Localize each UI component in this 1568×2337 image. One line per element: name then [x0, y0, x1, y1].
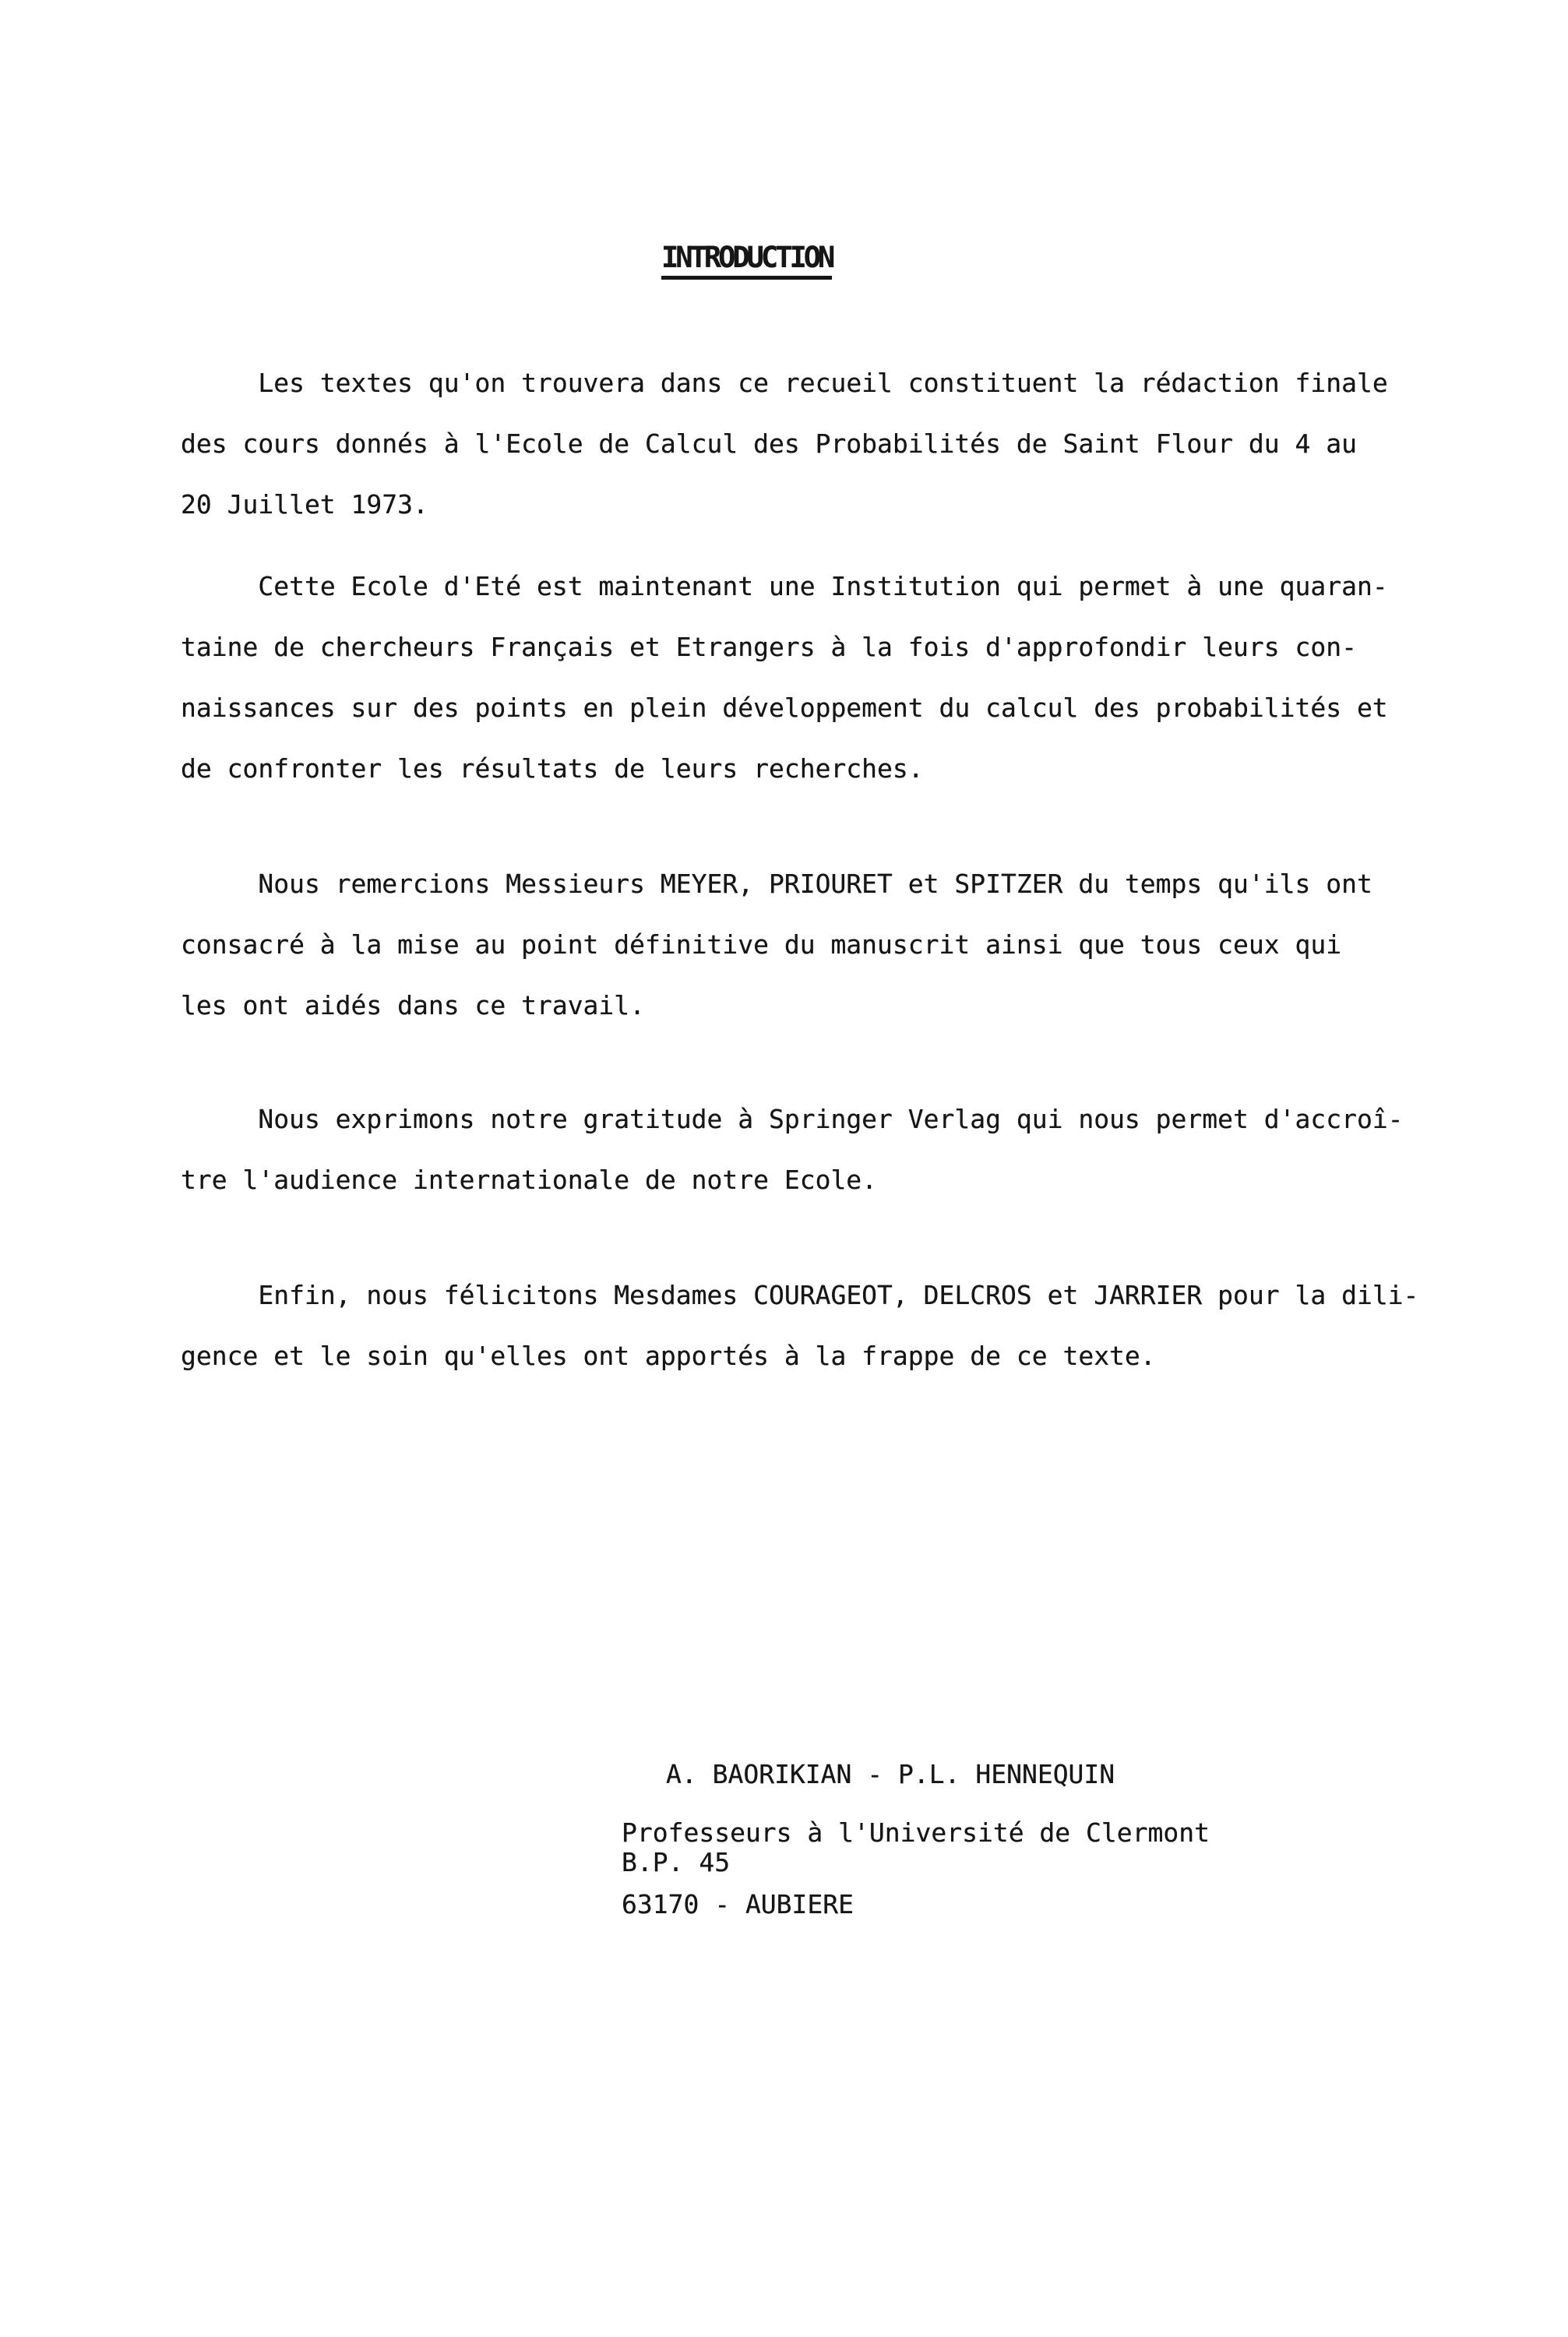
paragraph-4: Nous exprimons notre gratitude à Springe… — [181, 1089, 1505, 1211]
signature-affiliation: Professeurs à l'Université de Clermont — [622, 1817, 1210, 1848]
page-title: INTRODUCTION — [661, 243, 832, 280]
paragraph-5: Enfin, nous félicitons Mesdames COURAGEO… — [181, 1265, 1505, 1387]
signature-authors: A. BAORIKIAN - P.L. HENNEQUIN — [666, 1759, 1115, 1789]
paragraph-1: Les textes qu'on trouvera dans ce recuei… — [181, 353, 1505, 535]
document-page: INTRODUCTION Les textes qu'on trouvera d… — [0, 0, 1568, 2337]
signature-postal-box: B.P. 45 — [622, 1847, 730, 1877]
paragraph-3: Nous remercions Messieurs MEYER, PRIOURE… — [181, 854, 1505, 1036]
signature-city: 63170 - AUBIERE — [622, 1889, 854, 1919]
paragraph-2: Cette Ecole d'Eté est maintenant une Ins… — [181, 556, 1505, 799]
